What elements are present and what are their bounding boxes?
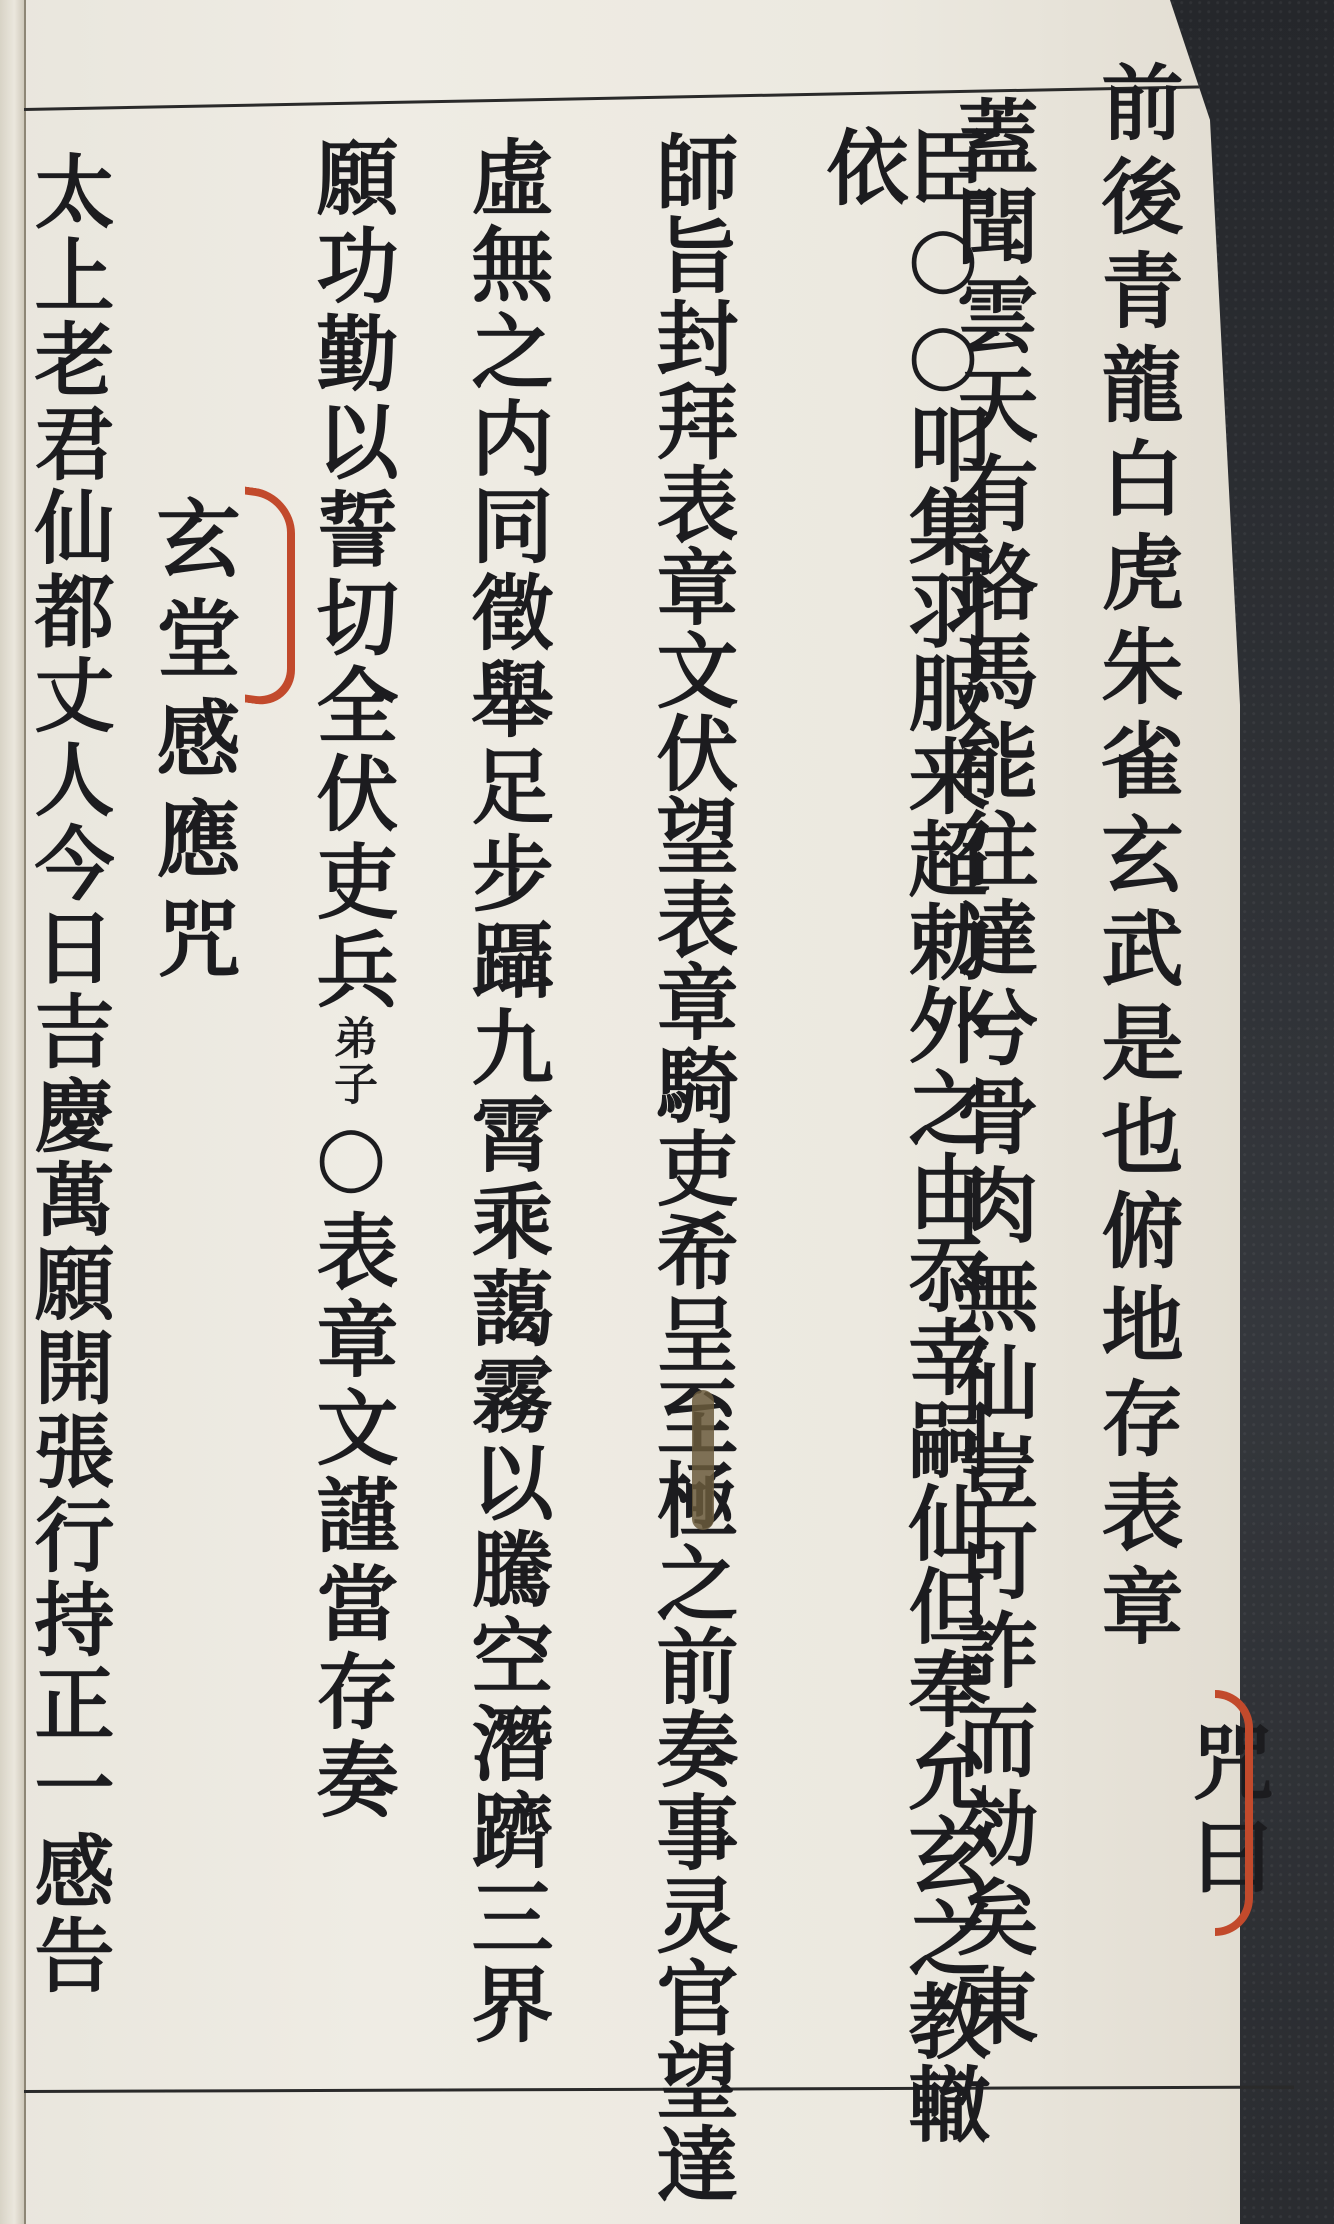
manuscript-page: 前後青龍白虎朱雀玄武是也俯地存表章 咒曰 蓋聞雲天有路馬能往達兮骨肉無仙豈可詐而…	[0, 0, 1240, 2224]
text-column-8: 太上老君仙都丈人今日吉慶萬願開張行持正一感告	[28, 150, 108, 1998]
column-text: 前後青龍白虎朱雀玄武是也俯地存表章	[1088, 60, 1184, 1658]
red-annotation-mark	[245, 486, 295, 709]
column-text: 願功勤以誓切全伏吏兵	[303, 135, 399, 1015]
text-column-5: 虛無之内同徵舉足步躡九霄乘藹霧以騰空潛躋三界	[465, 135, 547, 2049]
column-text: 太上老君仙都丈人今日吉慶萬願開張行持正一感告	[21, 150, 115, 1998]
column-text: 師旨封拜表章文伏望表章騎吏希呈至極之前奏事灵官望達	[643, 130, 739, 2205]
column-text: 臣○○叩集羽服来超勅外之由忝幸嗣仙但奉允玄之教轍依	[813, 125, 991, 2145]
text-column-1: 前後青龍白虎朱雀玄武是也俯地存表章	[1095, 60, 1177, 1658]
spell-title: 玄堂感應咒	[150, 495, 234, 995]
text-column-3: 臣○○叩集羽服来超勅外之由忝幸嗣仙但奉允玄之教轍依	[820, 125, 984, 2224]
text-column-6: 願功勤以誓切全伏吏兵弟子○表章文謹當存奏	[310, 135, 392, 1825]
text-column-4: 師旨封拜表章文伏望表章騎吏希呈至極之前奏事灵官望達	[650, 130, 732, 2205]
title-text: 玄堂感應咒	[143, 495, 242, 995]
column-text-continued: ○表章文謹當存奏	[303, 1107, 399, 1825]
column-text: 虛無之内同徵舉足步躡九霄乘藹霧以騰空潛躋三界	[458, 135, 554, 2049]
red-annotation-mark	[1215, 1690, 1253, 1936]
small-inline-text: 弟子	[326, 1015, 377, 1107]
brown-stain-mark	[692, 1390, 714, 1530]
